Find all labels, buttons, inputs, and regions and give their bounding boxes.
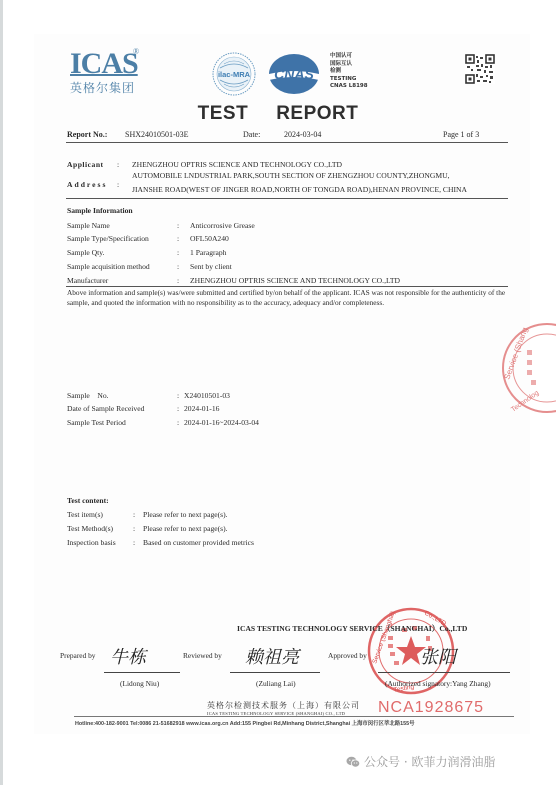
wechat-watermark: 公众号 · 欧菲力润滑油脂 xyxy=(346,753,495,770)
row-label: Sample No. xyxy=(67,391,109,400)
wechat-icon xyxy=(346,756,360,768)
divider xyxy=(66,198,508,199)
sample-info-row: Sample Type/Specification : OFL50A240 xyxy=(67,234,149,243)
row-value: 1 Paragraph xyxy=(190,248,226,257)
address-line-1: AUTOMOBILE LNDUSTRIAL PARK,SOUTH SECTION… xyxy=(132,171,449,181)
cnas-line: 国际互认 xyxy=(330,61,368,69)
qr-code-icon[interactable] xyxy=(465,54,495,84)
sample-detail-row: Sample No. : X24010501-03 xyxy=(67,391,109,400)
row-label: Sample Test Period xyxy=(67,418,126,427)
approved-signature: 张阳 xyxy=(420,643,456,669)
date-value: 2024-03-04 xyxy=(284,130,321,139)
separator: : xyxy=(177,391,179,400)
title-word: TEST xyxy=(198,103,249,125)
approved-by-name: (Authorized signatory:Yang Zhang) xyxy=(385,679,491,688)
svg-text:CNAS: CNAS xyxy=(274,66,314,82)
icas-brand: ICAS xyxy=(70,50,138,78)
row-label: Sample Qty. xyxy=(67,248,104,257)
applicant-label: Applicant xyxy=(67,160,104,170)
divider xyxy=(66,286,508,287)
separator: : xyxy=(133,524,135,533)
row-value: OFL50A240 xyxy=(190,234,229,243)
cnas-line: 检测 xyxy=(330,68,368,76)
signature-line xyxy=(230,672,320,673)
reviewed-by-name: (Zuliang Lai) xyxy=(256,679,296,688)
row-value: Anticorrosive Grease xyxy=(190,221,255,230)
divider xyxy=(74,716,514,717)
sample-info-row: Sample acquisition method : Sent by clie… xyxy=(67,262,150,271)
row-label: Manufacturer xyxy=(67,276,108,285)
disclaimer-text: Above information and sample(s) was/were… xyxy=(67,288,507,307)
address-label: Address xyxy=(67,180,107,190)
footer-company-cn: 英格尔检测技术服务（上海）有限公司 xyxy=(207,700,360,711)
page-indicator: Page 1 of 3 xyxy=(443,130,479,139)
test-content-row: Inspection basis : Based on customer pro… xyxy=(67,538,116,547)
official-stamp-partial-icon: Service (Shang Technolog xyxy=(487,320,556,416)
separator: : xyxy=(177,248,179,257)
separator: : xyxy=(117,160,119,170)
signature-line xyxy=(104,672,180,673)
separator: : xyxy=(117,180,119,190)
separator: : xyxy=(133,538,135,547)
test-content-row: Test item(s) : Please refer to next page… xyxy=(67,510,103,519)
divider xyxy=(66,142,508,143)
cnas-logo-icon: CNAS xyxy=(268,53,320,95)
approved-by-label: Approved by xyxy=(328,651,367,660)
row-value: X24010501-03 xyxy=(184,391,230,400)
report-title: TESTREPORT xyxy=(0,103,556,125)
row-value: Based on customer provided metrics xyxy=(143,538,254,547)
test-content-row: Test Method(s) : Please refer to next pa… xyxy=(67,524,113,533)
address-line-2: JIANSHE ROAD(WEST OF JINGER ROAD,NORTH O… xyxy=(132,185,467,195)
row-label: Test item(s) xyxy=(67,510,103,519)
icas-brand-cn: 英格尔集团 xyxy=(70,79,138,96)
row-label: Inspection basis xyxy=(67,538,116,547)
row-value: Please refer to next page(s). xyxy=(143,524,228,533)
registered-mark: ® xyxy=(133,47,139,56)
sample-info-row: Sample Qty. : 1 Paragraph xyxy=(67,248,104,257)
title-word: REPORT xyxy=(276,103,358,125)
icas-logo: ICAS ® 英格尔集团 xyxy=(70,50,138,96)
separator: : xyxy=(177,418,179,427)
date-label: Date: xyxy=(243,130,260,139)
testing-company-name: ICAS TESTING TECHNOLOGY SERVICE（SHANGHAI… xyxy=(237,623,467,634)
wechat-account-text: 公众号 · 欧菲力润滑油脂 xyxy=(364,753,495,770)
prepared-by-label: Prepared by xyxy=(60,651,96,660)
report-no-value: SHX24010501-03E xyxy=(125,130,189,139)
sample-info-row: Manufacturer : ZHENGZHOU OPTRIS SCIENCE … xyxy=(67,276,108,285)
row-label: Sample Type/Specification xyxy=(67,234,149,243)
row-value: 2024-01-16 xyxy=(184,404,219,413)
cnas-accreditation-text: 中国认可 国际互认 检测 TESTING CNAS L8198 xyxy=(330,53,368,91)
report-no-label: Report No.: xyxy=(67,130,107,139)
row-value: Please refer to next page(s). xyxy=(143,510,228,519)
separator: : xyxy=(133,510,135,519)
sample-detail-row: Sample Test Period : 2024-01-16~2024-03-… xyxy=(67,418,126,427)
row-label: Sample acquisition method xyxy=(67,262,150,271)
separator: : xyxy=(177,234,179,243)
ilac-mra-logo-icon: ilac-MRA xyxy=(212,52,256,96)
footer-contact-line: Hotline:400-182-9001 Tel:0086 21-5168291… xyxy=(75,719,415,727)
reviewed-by-label: Reviewed by xyxy=(183,651,222,660)
sample-info-row: Sample Name : Anticorrosive Grease xyxy=(67,221,110,230)
sample-detail-row: Date of Sample Received : 2024-01-16 xyxy=(67,404,144,413)
signature-line xyxy=(378,672,510,673)
cnas-line: 中国认可 xyxy=(330,53,368,61)
cnas-line: CNAS L8198 xyxy=(330,83,368,91)
separator: : xyxy=(177,262,179,271)
row-label: Date of Sample Received xyxy=(67,404,144,413)
separator: : xyxy=(177,276,179,285)
prepared-signature: 牛栋 xyxy=(110,643,146,669)
row-label: Sample Name xyxy=(67,221,110,230)
separator: : xyxy=(177,404,179,413)
sample-info-title: Sample Information xyxy=(67,206,133,215)
row-value: 2024-01-16~2024-03-04 xyxy=(184,418,259,427)
separator: : xyxy=(177,221,179,230)
row-value: Sent by client xyxy=(190,262,232,271)
row-label: Test Method(s) xyxy=(67,524,113,533)
prepared-by-name: (Lidong Niu) xyxy=(120,679,159,688)
applicant-value: ZHENGZHOU OPTRIS SCIENCE AND TECHNOLOGY … xyxy=(132,160,342,170)
svg-text:ilac-MRA: ilac-MRA xyxy=(218,70,251,79)
label: Report No.: xyxy=(67,130,107,139)
row-value: ZHENGZHOU OPTRIS SCIENCE AND TECHNOLOGY … xyxy=(190,276,400,285)
cnas-line: TESTING xyxy=(330,76,368,84)
serial-number: NCA1928675 xyxy=(378,699,484,717)
reviewed-signature: 赖祖亮 xyxy=(245,643,299,669)
test-content-title: Test content: xyxy=(67,496,109,505)
